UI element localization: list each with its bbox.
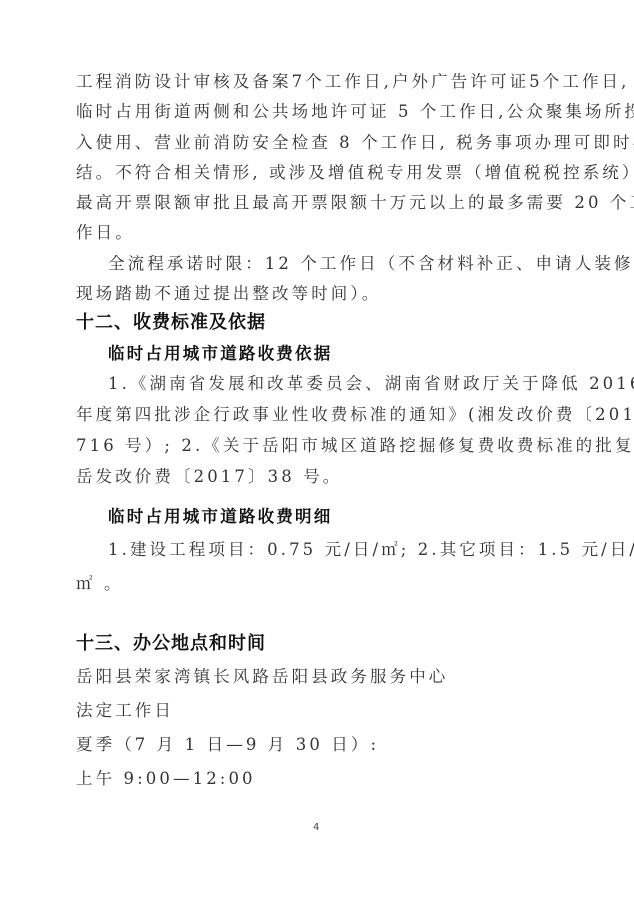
fee-details-text-line: ㎡ 。 bbox=[76, 574, 124, 594]
timeline-text-line: 入使用、营业前消防安全检查 8 个工作日, 税务事项办理可即时办 bbox=[76, 133, 634, 153]
timeline-text-line: 工程消防设计审核及备案7个工作日,户外广告许可证5个工作日, bbox=[76, 72, 630, 92]
morning-hours: 上午 9:00—12:00 bbox=[76, 769, 256, 789]
timeline-text-line: 作日。 bbox=[76, 223, 135, 243]
office-address: 岳阳县荣家湾镇长风路岳阳县政务服务中心 bbox=[76, 667, 448, 687]
summer-season-label: 夏季（7 月 1 日—9 月 30 日）: bbox=[76, 735, 379, 755]
fee-basis-text-line: 1.《湖南省发展和改革委员会、湖南省财政厅关于降低 2016 bbox=[108, 374, 634, 394]
document-page: 工程消防设计审核及备案7个工作日,户外广告许可证5个工作日, 临时占用街道两侧和… bbox=[0, 0, 634, 898]
section-12-heading: 十二、收费标准及依据 bbox=[76, 313, 266, 333]
timeline-text-line: 临时占用街道两侧和公共场地许可证 5 个工作日,公众聚集场所投 bbox=[76, 102, 634, 122]
timeline-text-line: 最高开票限额审批且最高开票限额十万元以上的最多需要 20 个工 bbox=[76, 193, 634, 213]
fee-details-subheading: 临时占用城市道路收费明细 bbox=[108, 507, 332, 527]
commitment-text-line: 现场踏勘不通过提出整改等时间）。 bbox=[76, 284, 381, 304]
fee-details-text-line: 1.建设工程项目：0.75 元/日/㎡; 2.其它项目：1.5 元/日/ bbox=[108, 540, 634, 560]
section-13-heading: 十三、办公地点和时间 bbox=[76, 634, 266, 654]
commitment-text-line: 全流程承诺时限：12 个工作日（不含材料补正、申请人装修、 bbox=[108, 254, 634, 274]
working-days-label: 法定工作日 bbox=[76, 701, 174, 721]
page-number: 4 bbox=[313, 822, 319, 833]
fee-basis-text-line: 716 号）; 2.《关于岳阳市城区道路挖掘修复费收费标准的批复》 bbox=[76, 436, 634, 456]
fee-basis-text-line: 岳发改价费〔2017〕38 号。 bbox=[76, 467, 342, 487]
timeline-text-line: 结。不符合相关情形, 或涉及增值税专用发票（增值税税控系统） bbox=[76, 163, 634, 183]
fee-basis-subheading: 临时占用城市道路收费依据 bbox=[108, 344, 332, 364]
fee-basis-text-line: 年度第四批涉企行政事业性收费标准的通知》(湘发改价费〔2016〕 bbox=[76, 405, 634, 425]
